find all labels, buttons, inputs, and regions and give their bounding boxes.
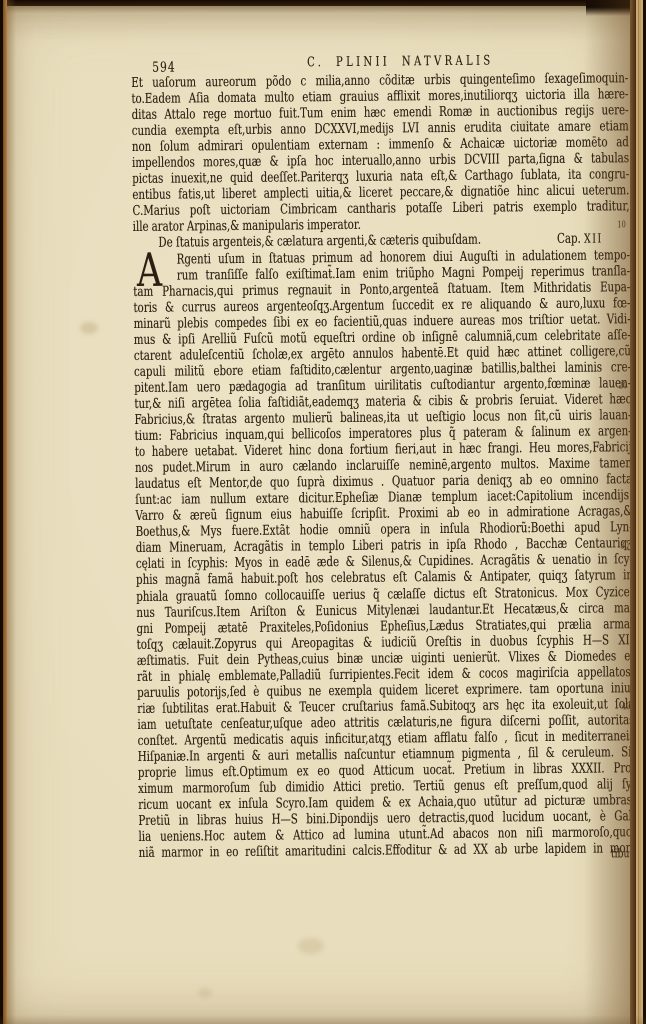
paragraph-2-wrap: A Rgenti uſum in ſtatuas primum ad honor… (133, 247, 636, 862)
foxing-spot (198, 988, 212, 998)
catchword: tibus (139, 845, 636, 866)
top-edge-fade (0, 6, 646, 13)
right-page-curve-shadow (584, 0, 632, 1024)
foxing-spot (298, 938, 324, 954)
book-page-scan: 594 C. PLINII NATVRALIS Et uaſorum aureo… (0, 0, 646, 1024)
right-fore-edge-pages (636, 0, 643, 1024)
text-block: 594 C. PLINII NATVRALIS Et uaſorum aureo… (131, 52, 636, 861)
chapter-label: Cap. (557, 231, 581, 247)
line-text: ille arator Arpinas,& manipularis impera… (133, 217, 361, 235)
running-header: C. PLINII NATVRALIS (172, 52, 628, 72)
paragraph-2: Rgenti uſum in ſtatuas primum ad honorem… (133, 247, 636, 862)
left-binding-shadow (7, 0, 16, 1024)
paragraph-1: Et uaſorum aureorum põdo c milia,anno cõ… (131, 70, 629, 235)
foxing-spot (80, 322, 98, 334)
bottom-edge-fade (0, 1015, 646, 1024)
